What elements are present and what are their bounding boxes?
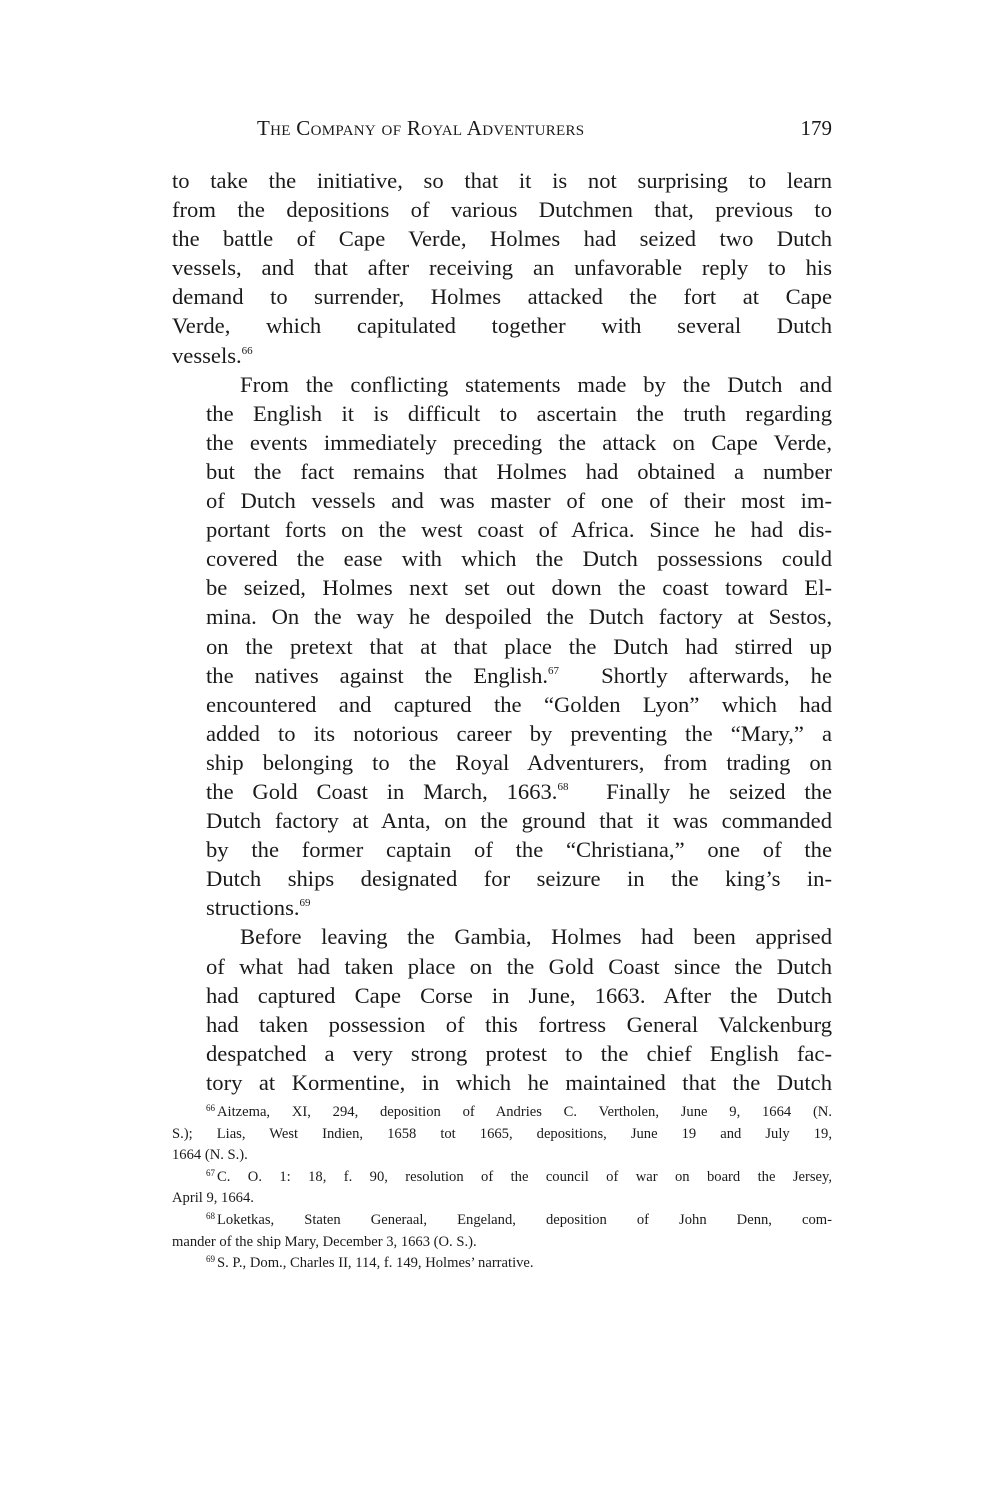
page-number: 179 (801, 116, 833, 141)
text-line: added to its notorious career by prevent… (172, 719, 832, 748)
footnote-67: 67C. O. 1: 18, f. 90, resolution of the … (172, 1167, 832, 1210)
text-fragment: the natives against the English. (206, 663, 548, 688)
footnote-number: 66 (206, 1103, 215, 1113)
text-line: had taken possession of this fortress Ge… (172, 1010, 832, 1039)
text-line: From the conflicting statements made by … (172, 370, 832, 399)
paragraph-1: to take the initiative, so that it is no… (172, 166, 832, 370)
text-line: despatched a very strong protest to the … (172, 1039, 832, 1068)
text-line: the events immediately preceding the att… (172, 428, 832, 457)
footnote-line: 67C. O. 1: 18, f. 90, resolution of the … (172, 1167, 832, 1189)
footnote-line: 69S. P., Dom., Charles II, 114, f. 149, … (172, 1253, 832, 1275)
footnotes: 66Aitzema, XI, 294, deposition of Andrie… (172, 1102, 832, 1275)
footnote-line: S.); Lias, West Indien, 1658 tot 1665, d… (172, 1124, 832, 1146)
paragraph-3: Before leaving the Gambia, Holmes had be… (172, 922, 832, 1097)
text-line: mina. On the way he despoiled the Dutch … (172, 602, 832, 631)
footnote-ref-66[interactable]: 66 (242, 345, 253, 357)
text-line: vessels.66 (172, 341, 832, 370)
body-text: to take the initiative, so that it is no… (172, 166, 832, 1097)
text-line: encountered and captured the “Golden Lyo… (172, 690, 832, 719)
footnote-69: 69S. P., Dom., Charles II, 114, f. 149, … (172, 1253, 832, 1275)
footnote-line: April 9, 1664. (172, 1188, 832, 1210)
footnote-line: mander of the ship Mary, December 3, 166… (172, 1232, 832, 1254)
text-line: had captured Cape Corse in June, 1663. A… (172, 981, 832, 1010)
running-title: The Company of Royal Adventurers (257, 116, 584, 141)
text-line: vessels, and that after receiving an unf… (172, 253, 832, 282)
text-line: Verde, which capitulated together with s… (172, 311, 832, 340)
text-line: portant forts on the west coast of Afric… (172, 515, 832, 544)
text-line: demand to surrender, Holmes attacked the… (172, 282, 832, 311)
text-line: to take the initiative, so that it is no… (172, 166, 832, 195)
text-line: Before leaving the Gambia, Holmes had be… (172, 922, 832, 951)
footnote-ref-69[interactable]: 69 (300, 897, 311, 909)
text-line: the natives against the English.67 Short… (172, 661, 832, 690)
text-fragment: the Gold Coast in March, 1663. (206, 779, 557, 804)
text-fragment: Aitzema, XI, 294, deposition of Andries … (217, 1104, 832, 1120)
text-line: the battle of Cape Verde, Holmes had sei… (172, 224, 832, 253)
text-line: from the depositions of various Dutchmen… (172, 195, 832, 224)
footnote-line: 68Loketkas, Staten Generaal, Engeland, d… (172, 1210, 832, 1232)
text-fragment: Shortly afterwards, he (559, 663, 832, 688)
footnote-number: 69 (206, 1254, 215, 1264)
text-line: Dutch ships designated for seizure in th… (172, 864, 832, 893)
text-fragment: structions. (206, 895, 300, 920)
text-fragment: S. P., Dom., Charles II, 114, f. 149, Ho… (217, 1255, 534, 1271)
text-line: on the pretext that at that place the Du… (172, 632, 832, 661)
footnote-ref-67[interactable]: 67 (548, 665, 559, 677)
footnote-68: 68Loketkas, Staten Generaal, Engeland, d… (172, 1210, 832, 1253)
text-line: covered the ease with which the Dutch po… (172, 544, 832, 573)
text-fragment: vessels. (172, 343, 242, 368)
running-header: The Company of Royal Adventurers 179 (172, 116, 832, 146)
text-fragment: C. O. 1: 18, f. 90, resolution of the co… (217, 1169, 832, 1185)
paragraph-2: From the conflicting statements made by … (172, 370, 832, 923)
footnote-ref-68[interactable]: 68 (557, 781, 568, 793)
text-fragment: Loketkas, Staten Generaal, Engeland, dep… (217, 1212, 832, 1228)
text-fragment: Finally he seized the (568, 779, 832, 804)
text-line: the English it is difficult to ascertain… (172, 399, 832, 428)
footnote-line: 66Aitzema, XI, 294, deposition of Andrie… (172, 1102, 832, 1124)
text-line: of Dutch vessels and was master of one o… (172, 486, 832, 515)
footnote-number: 68 (206, 1211, 215, 1221)
text-line: be seized, Holmes next set out down the … (172, 573, 832, 602)
text-line: by the former captain of the “Christiana… (172, 835, 832, 864)
text-line: Dutch factory at Anta, on the ground tha… (172, 806, 832, 835)
text-line: ship belonging to the Royal Adventurers,… (172, 748, 832, 777)
text-line: of what had taken place on the Gold Coas… (172, 952, 832, 981)
text-line: but the fact remains that Holmes had obt… (172, 457, 832, 486)
text-line: tory at Kormentine, in which he maintain… (172, 1068, 832, 1097)
footnote-line: 1664 (N. S.). (172, 1145, 832, 1167)
footnote-66: 66Aitzema, XI, 294, deposition of Andrie… (172, 1102, 832, 1167)
text-line: the Gold Coast in March, 1663.68 Finally… (172, 777, 832, 806)
footnote-number: 67 (206, 1168, 215, 1178)
text-line: structions.69 (172, 893, 832, 922)
